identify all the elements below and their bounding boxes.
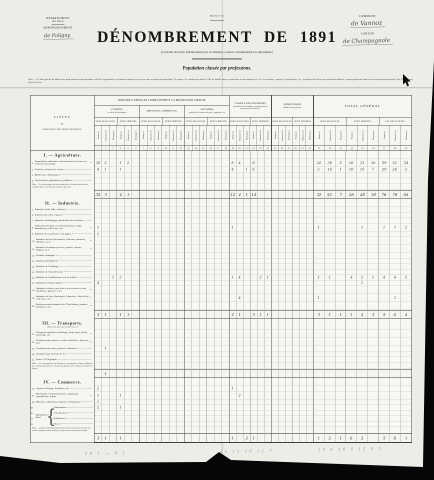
- data-cell: [110, 302, 118, 310]
- data-cell: 12: [230, 190, 237, 199]
- data-cell: [192, 369, 200, 378]
- data-cell: [200, 190, 208, 199]
- data-cell: [140, 330, 148, 338]
- data-cell: [215, 159, 223, 167]
- data-cell: [170, 338, 178, 346]
- data-cell: [357, 151, 368, 159]
- data-cell: [237, 434, 244, 443]
- nationality-label: Naturalisés: [301, 130, 304, 141]
- data-cell: [286, 302, 293, 310]
- data-cell: [192, 199, 200, 207]
- handwritten-value: 3: [317, 312, 320, 317]
- data-cell: [390, 369, 401, 378]
- data-cell: [162, 159, 170, 167]
- data-cell: [300, 190, 307, 199]
- dotted-leader: [74, 180, 93, 181]
- nationality-label: Naturalisés: [361, 130, 364, 141]
- handwritten-value: 1: [266, 312, 269, 317]
- data-cell: 2: [230, 310, 237, 319]
- data-cell: [215, 378, 223, 386]
- column-number: 16: [207, 146, 214, 151]
- data-cell: [314, 199, 325, 207]
- table-row: 8.Fabrication d'objets en métal (machine…: [31, 224, 412, 232]
- data-cell: 1: [314, 224, 325, 232]
- data-cell: [300, 378, 307, 386]
- data-cell: [222, 237, 230, 245]
- data-cell: [379, 392, 390, 400]
- dotted-leader: [64, 272, 92, 273]
- data-cell: 30: [95, 159, 103, 167]
- group-ouvriers: OUVRIERS,journaliers, hommes de peine, a…: [185, 106, 230, 151]
- table-row: 1.Propriétaires cultivant exclusivement …: [31, 159, 412, 167]
- sex-header: SEXE FÉMININ.: [250, 118, 271, 126]
- data-cell: [300, 319, 307, 330]
- column-number: 17: [215, 146, 222, 151]
- column-numbers: 789101112: [140, 146, 185, 151]
- data-cell: [314, 286, 325, 294]
- data-cell: [237, 151, 244, 159]
- handwritten-value: 1: [339, 167, 341, 171]
- data-cell: [200, 330, 208, 338]
- data-cell: [117, 199, 125, 207]
- data-cell: [307, 224, 314, 232]
- data-cell: [140, 286, 148, 294]
- data-cell: [357, 378, 368, 386]
- modele-number: Modèle n° 10.: [0, 15, 434, 18]
- data-cell: [117, 330, 125, 338]
- data-cell: [170, 392, 178, 400]
- profession-label: Agents de change, banquiers, etc.: [36, 387, 70, 390]
- data-cell: [368, 286, 379, 294]
- data-cell: [185, 378, 193, 386]
- data-cell: [132, 294, 140, 302]
- data-cell: 3: [102, 190, 110, 199]
- handwritten-value: 2: [97, 405, 99, 409]
- data-cell: [140, 378, 148, 386]
- data-cell: [110, 392, 118, 400]
- data-cell: [244, 286, 251, 294]
- data-cell: 33: [357, 159, 368, 167]
- data-cell: [307, 190, 314, 199]
- data-cell: [147, 310, 155, 319]
- table-row: 19.Industries de luxe (horlogerie, bijou…: [31, 294, 412, 302]
- data-cell: [177, 302, 185, 310]
- data-cell: [162, 224, 170, 232]
- nationality-subheader: Français: [140, 126, 147, 146]
- handwritten-value: 1: [97, 400, 99, 404]
- dotted-leader: [90, 162, 92, 163]
- handwritten-value: 1: [127, 312, 130, 317]
- data-cell: [162, 286, 170, 294]
- direct-profession-header: INDIVIDUS EXERÇANT DIRECTEMENT LA PROFES…: [95, 96, 230, 106]
- data-cell: [401, 319, 412, 330]
- page-subtitle: (Ce modèle doit servir indistinctement p…: [77, 51, 357, 54]
- data-cell: 4: [117, 190, 125, 199]
- nationality-subheaders: FrançaisNaturalisésÉtrangersFrançaisNatu…: [230, 126, 272, 146]
- nationality-subheader: Français: [230, 126, 237, 146]
- pencil-annotation: 11 11 19 11 7: [220, 449, 274, 454]
- data-cell: [272, 224, 279, 232]
- data-cell: [272, 237, 279, 245]
- row-label: 1.Propriétaires cultivant exclusivement …: [31, 159, 95, 167]
- data-cell: 16: [368, 159, 379, 167]
- data-cell: [222, 392, 230, 400]
- row-number: 4.: [32, 180, 34, 183]
- column-number: 33: [336, 146, 347, 151]
- handwritten-value: 6: [253, 167, 255, 171]
- data-cell: 1: [102, 310, 110, 319]
- data-cell: 52: [390, 159, 401, 167]
- data-cell: [147, 338, 155, 346]
- data-cell: [346, 151, 357, 159]
- data-cell: [102, 286, 110, 294]
- data-cell: [222, 159, 230, 167]
- data-cell: [300, 245, 307, 253]
- handwritten-value: 1: [104, 346, 106, 350]
- data-cell: [237, 378, 244, 386]
- data-cell: [200, 338, 208, 346]
- data-cell: [314, 392, 325, 400]
- data-cell: [244, 237, 251, 245]
- data-cell: [110, 190, 118, 199]
- data-cell: [162, 392, 170, 400]
- nationality-label: Français: [187, 131, 190, 139]
- nationality-subheader: Naturalisés: [357, 126, 368, 146]
- data-cell: [192, 286, 200, 294]
- data-cell: 4: [401, 310, 412, 319]
- data-cell: [185, 159, 193, 167]
- pencil-annotation: 15 6 10 6 12 9 2: [318, 446, 383, 452]
- nationality-label: Étrangers: [288, 131, 291, 140]
- data-cell: [293, 199, 300, 207]
- data-cell: [272, 294, 279, 302]
- profession-label: Industrie du caoutchouc et du papier: [35, 233, 71, 236]
- nationality-label: Français: [350, 131, 353, 139]
- data-cell: [279, 286, 286, 294]
- row-number: 18.: [32, 289, 35, 292]
- data-cell: [307, 286, 314, 294]
- data-cell: [162, 338, 170, 346]
- data-cell: [286, 434, 293, 443]
- data-cell: [147, 369, 155, 378]
- data-cell: [286, 224, 293, 232]
- handwritten-value: 1: [104, 436, 107, 441]
- data-cell: [286, 378, 293, 386]
- data-cell: [192, 319, 200, 330]
- handwritten-value: 1: [104, 371, 107, 376]
- handwritten-value: 4: [239, 161, 241, 165]
- handwritten-value: 1: [119, 436, 122, 441]
- data-cell: [110, 319, 118, 330]
- data-cell: [230, 199, 237, 207]
- nationality-subheader: Français: [250, 126, 257, 146]
- handwritten-value: 16: [327, 167, 332, 171]
- data-cell: [357, 237, 368, 245]
- nationality-subheader: Naturalisés: [170, 126, 177, 146]
- data-cell: [95, 286, 103, 294]
- nationality-subheader: Étrangers: [200, 126, 207, 146]
- data-cell: [401, 330, 412, 338]
- data-cell: [251, 294, 258, 302]
- data-cell: [207, 310, 215, 319]
- data-cell: [357, 392, 368, 400]
- nationality-subheader: Étrangers: [368, 126, 379, 146]
- handwritten-value: 1: [328, 312, 331, 317]
- data-cell: [401, 286, 412, 294]
- data-cell: [335, 369, 346, 378]
- data-cell: [258, 294, 265, 302]
- data-cell: [192, 310, 200, 319]
- data-cell: [237, 330, 244, 338]
- data-cell: [132, 310, 140, 319]
- handwritten-value: 15: [360, 167, 365, 171]
- row-number: 1.: [32, 162, 34, 165]
- data-cell: [272, 159, 279, 167]
- handwritten-value: 1: [339, 312, 342, 317]
- column-number: 30: [306, 146, 313, 151]
- data-cell: [324, 378, 335, 386]
- data-cell: [200, 378, 208, 386]
- data-cell: [230, 369, 237, 378]
- data-cell: [251, 338, 258, 346]
- data-cell: [222, 151, 230, 159]
- data-cell: 18: [368, 190, 379, 199]
- sex-header: SEXE MASCULIN.: [140, 118, 162, 126]
- corner-line3: GROUPES DE PROFESSIONS.: [42, 128, 82, 131]
- dotted-leader: [67, 354, 92, 355]
- data-cell: [286, 392, 293, 400]
- brace-glyph: {: [49, 402, 54, 430]
- row-number: 13.: [32, 260, 35, 263]
- handwritten-value: 59: [382, 161, 387, 165]
- data-cell: 4: [237, 159, 244, 167]
- data-cell: 1: [314, 434, 325, 443]
- table-body: I. — Agriculture.1.Propriétaires cultiva…: [31, 151, 412, 443]
- data-cell: 24: [314, 159, 325, 167]
- column-number: 36: [368, 146, 379, 151]
- handwritten-value: 1: [361, 281, 363, 285]
- data-cell: [300, 369, 307, 378]
- dotted-leader: [66, 209, 92, 210]
- column-number: 25: [272, 146, 279, 151]
- data-cell: [300, 392, 307, 400]
- handwritten-value: 54: [404, 161, 409, 165]
- dotted-leader: [90, 227, 92, 228]
- handwritten-value: 1: [318, 225, 320, 229]
- data-cell: [102, 330, 110, 338]
- data-cell: [346, 338, 357, 346]
- data-cell: [279, 310, 286, 319]
- data-cell: [314, 378, 325, 386]
- data-cell: [265, 151, 272, 159]
- data-cell: [200, 237, 208, 245]
- column-number: 2: [102, 146, 110, 151]
- data-cell: [140, 237, 148, 245]
- data-cell: [335, 199, 346, 207]
- data-cell: 1: [258, 310, 265, 319]
- profession-label: Postes et Télégraphes: [36, 358, 58, 361]
- section-note: Nota. — Les domestiques de ferme attaché…: [32, 184, 93, 189]
- data-cell: [335, 151, 346, 159]
- data-cell: [314, 369, 325, 378]
- data-cell: [265, 286, 272, 294]
- column-numbers: 123456: [95, 146, 140, 151]
- data-cell: [222, 199, 230, 207]
- data-cell: [357, 286, 368, 294]
- nationality-subheader: Naturalisés: [147, 126, 154, 146]
- data-cell: [265, 434, 272, 443]
- data-cell: [215, 319, 223, 330]
- column-number: 12: [177, 146, 184, 151]
- scan-crease: [0, 87, 434, 89]
- profession-label: Propriétaires cultivant exclusivement le…: [35, 160, 89, 166]
- data-cell: [401, 378, 412, 386]
- data-cell: [258, 237, 265, 245]
- handwritten-value: 1: [328, 275, 330, 279]
- nationality-label: Français: [209, 131, 212, 139]
- row-number: 6.: [32, 214, 34, 217]
- data-cell: [237, 237, 244, 245]
- data-cell: [125, 319, 133, 330]
- data-cell: [102, 338, 110, 346]
- data-cell: [324, 294, 335, 302]
- data-cell: [379, 294, 390, 302]
- data-cell: [265, 237, 272, 245]
- handwritten-value: 52: [327, 192, 332, 197]
- dotted-leader: [78, 277, 92, 278]
- dotted-leader: [58, 359, 92, 360]
- data-cell: 1: [346, 310, 357, 319]
- data-cell: [215, 224, 223, 232]
- data-cell: [324, 245, 335, 253]
- data-cell: [117, 286, 125, 294]
- data-cell: [368, 378, 379, 386]
- handwritten-value: 2: [328, 436, 331, 441]
- data-cell: [293, 302, 300, 310]
- data-cell: [279, 392, 286, 400]
- data-cell: [237, 199, 244, 207]
- row-number: 22.: [32, 341, 35, 344]
- nationality-subheader: Français: [272, 126, 279, 146]
- column-numbers: 313233343536373839: [314, 146, 412, 151]
- handwritten-value: 2: [231, 312, 234, 317]
- data-cell: [215, 294, 223, 302]
- data-cell: [117, 294, 125, 302]
- handwritten-value: 6: [394, 275, 396, 279]
- data-cell: [162, 378, 170, 386]
- cursor-icon: [403, 74, 413, 87]
- data-cell: [125, 224, 133, 232]
- data-cell: [170, 159, 178, 167]
- data-cell: [140, 392, 148, 400]
- data-cell: [258, 190, 265, 199]
- data-cell: 1: [230, 434, 237, 443]
- data-cell: [258, 151, 265, 159]
- data-cell: [207, 434, 215, 443]
- nationality-subheaders: FrançaisNaturalisésÉtrangersFrançaisNatu…: [140, 126, 185, 146]
- data-cell: [222, 294, 230, 302]
- data-cell: [272, 286, 279, 294]
- data-cell: [117, 151, 125, 159]
- data-cell: [147, 330, 155, 338]
- column-numbers: 252627282930: [272, 146, 313, 151]
- data-cell: [368, 294, 379, 302]
- data-cell: [185, 224, 193, 232]
- data-cell: [222, 190, 230, 199]
- nationality-subheader: Naturalisés: [279, 126, 286, 146]
- data-cell: [324, 392, 335, 400]
- profession-label: Industrie du bâtiment: [36, 260, 57, 263]
- data-cell: [192, 378, 200, 386]
- data-cell: [272, 302, 279, 310]
- data-cell: [390, 286, 401, 294]
- data-cell: [140, 199, 148, 207]
- data-cell: [346, 319, 357, 330]
- data-cell: [102, 294, 110, 302]
- column-number: 37: [379, 146, 390, 151]
- data-cell: [222, 369, 230, 378]
- data-cell: [207, 245, 215, 253]
- census-table: LISTES ET GROUPES DE PROFESSIONS. INDIVI…: [30, 95, 412, 443]
- data-cell: [244, 369, 251, 378]
- data-cell: [357, 199, 368, 207]
- data-cell: [279, 302, 286, 310]
- data-cell: 2: [237, 392, 244, 400]
- data-cell: [293, 319, 300, 330]
- data-cell: [379, 330, 390, 338]
- nationality-label: Naturalisés: [238, 130, 241, 141]
- column-number: 29: [299, 146, 306, 151]
- section-title: II. — Industrie.: [32, 201, 93, 206]
- data-cell: [324, 224, 335, 232]
- data-cell: 4: [237, 294, 244, 302]
- data-cell: [215, 151, 223, 159]
- corner-line2: ET: [61, 122, 64, 125]
- data-cell: 1: [401, 434, 412, 443]
- data-cell: [177, 245, 185, 253]
- column-number: 13: [185, 146, 192, 151]
- data-cell: [286, 151, 293, 159]
- data-cell: [230, 319, 237, 330]
- group-domestiques: DOMESTIQUESattachés à la personne. SEXE …: [272, 96, 314, 151]
- data-cell: [132, 434, 140, 443]
- data-cell: [155, 190, 163, 199]
- data-cell: [324, 369, 335, 378]
- data-cell: [170, 330, 178, 338]
- data-cell: [357, 369, 368, 378]
- page-title: DÉNOMBREMENT DE 1891: [60, 28, 374, 46]
- data-cell: [272, 319, 279, 330]
- data-cell: 1: [102, 369, 110, 378]
- handwritten-value: 2: [127, 161, 129, 165]
- data-cell: [110, 338, 118, 346]
- data-cell: [307, 369, 314, 378]
- data-cell: 1: [125, 190, 133, 199]
- data-cell: [207, 319, 215, 330]
- data-cell: [95, 319, 103, 330]
- data-cell: [140, 294, 148, 302]
- data-cell: [185, 294, 193, 302]
- data-cell: [230, 330, 237, 338]
- data-cell: [335, 319, 346, 330]
- data-cell: [155, 245, 163, 253]
- data-cell: [272, 369, 279, 378]
- data-cell: [140, 434, 148, 443]
- row-number: 21.: [32, 333, 35, 336]
- data-cell: [95, 245, 103, 253]
- data-cell: 2: [102, 159, 110, 167]
- data-cell: [230, 302, 237, 310]
